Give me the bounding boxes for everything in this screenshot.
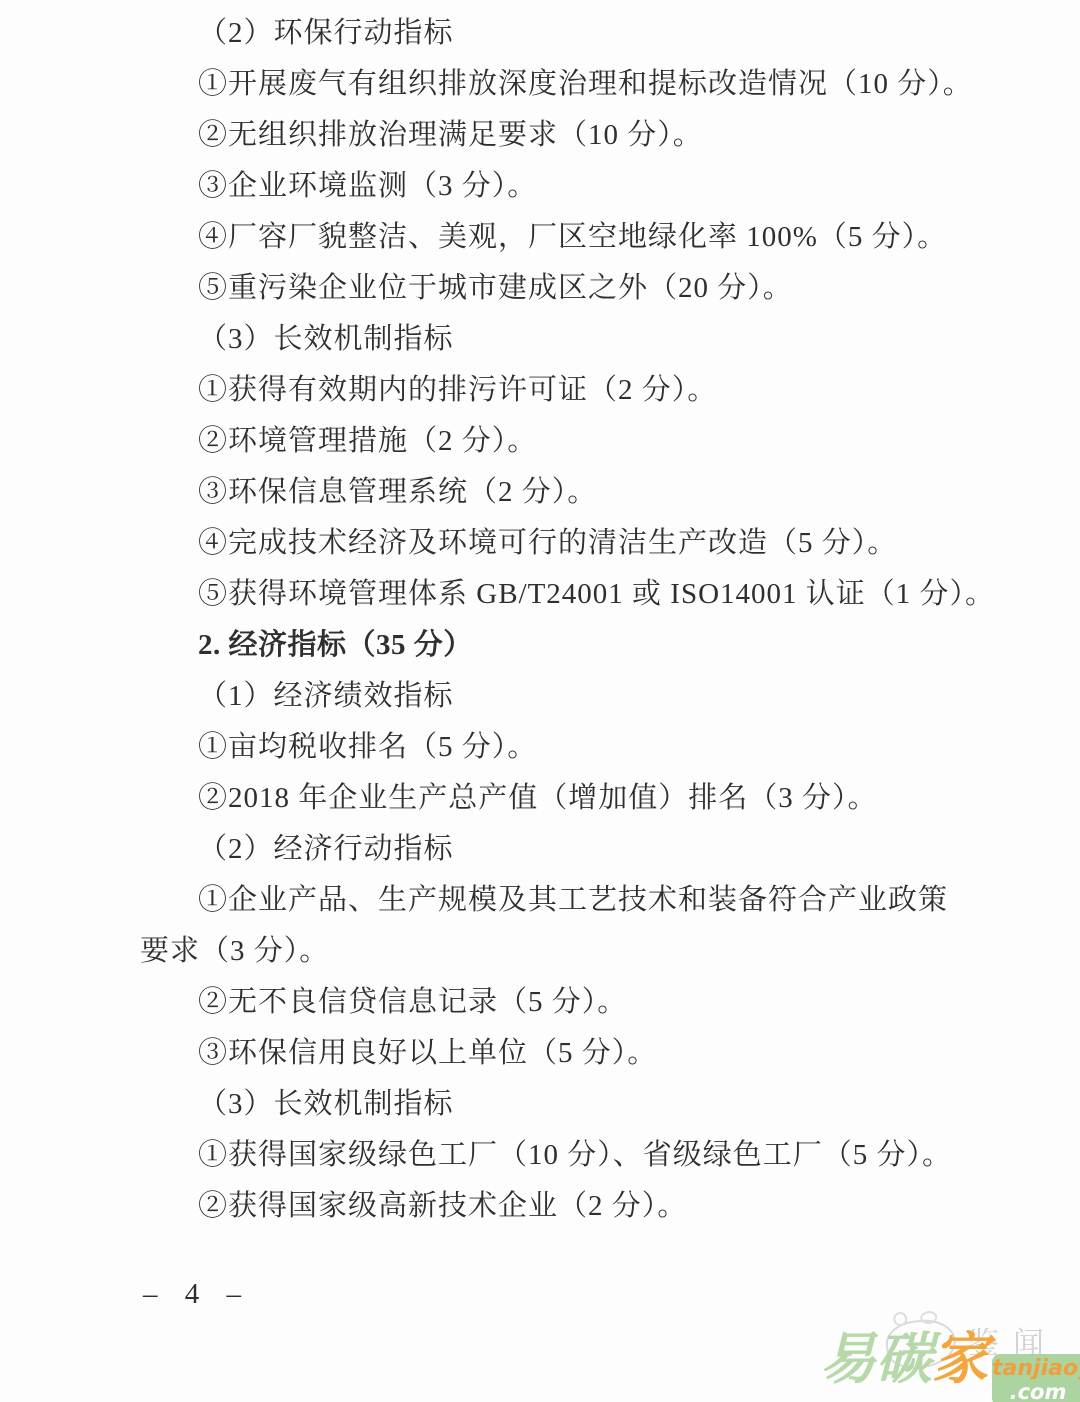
page-number: – 4 – <box>143 1278 251 1311</box>
doc-line: （1）经济绩效指标 <box>140 671 970 722</box>
document-text-block: （2）环保行动指标 ①开展废气有组织排放深度治理和提标改造情况（10 分）。 ②… <box>140 8 970 1232</box>
doc-line: ③环保信用良好以上单位（5 分）。 <box>140 1028 970 1079</box>
doc-heading-economic-indicators: 2. 经济指标（35 分） <box>140 620 970 671</box>
brand-domain-text: tanjiaoyi <box>992 1357 1080 1381</box>
doc-line: ②环境管理措施（2 分）。 <box>140 416 970 467</box>
doc-line: ⑤重污染企业位于城市建成区之外（20 分）。 <box>140 263 970 314</box>
brand-text-orange: 家 <box>932 1327 988 1392</box>
doc-line: ①亩均税收排名（5 分）。 <box>140 722 970 773</box>
brand-text-green: 易碳 <box>820 1327 932 1392</box>
brand-tld-text: .com <box>992 1381 1080 1402</box>
doc-line: ②无不良信贷信息记录（5 分）。 <box>140 977 970 1028</box>
doc-line: （2）环保行动指标 <box>140 8 970 59</box>
doc-line: ②无组织排放治理满足要求（10 分）。 <box>140 110 970 161</box>
doc-line: ①获得有效期内的排污许可证（2 分）。 <box>140 365 970 416</box>
doc-line: ①获得国家级绿色工厂（10 分）、省级绿色工厂（5 分）。 <box>140 1130 970 1181</box>
doc-line: ①开展废气有组织排放深度治理和提标改造情况（10 分）。 <box>140 59 970 110</box>
doc-line: ②2018 年企业生产总产值（增加值）排名（3 分）。 <box>140 773 970 824</box>
brand-text: 易碳家 <box>820 1332 988 1388</box>
document-page: （2）环保行动指标 ①开展废气有组织排放深度治理和提标改造情况（10 分）。 ②… <box>0 0 1080 1402</box>
brand-domain-badge: tanjiaoyi .com <box>992 1354 1080 1402</box>
doc-line: ①企业产品、生产规模及其工艺技术和装备符合产业政策 <box>140 875 970 926</box>
doc-line: ⑤获得环境管理体系 GB/T24001 或 ISO14001 认证（1 分）。 <box>140 569 970 620</box>
doc-line: ④厂容厂貌整洁、美观，厂区空地绿化率 100%（5 分）。 <box>140 212 970 263</box>
doc-line: （3）长效机制指标 <box>140 314 970 365</box>
doc-line: ④完成技术经济及环境可行的清洁生产改造（5 分）。 <box>140 518 970 569</box>
doc-line: ③环保信息管理系统（2 分）。 <box>140 467 970 518</box>
doc-line: （3）长效机制指标 <box>140 1079 970 1130</box>
doc-line-continuation: 要求（3 分）。 <box>140 926 970 977</box>
doc-line: （2）经济行动指标 <box>140 824 970 875</box>
watermark-logo: 鉴闻 易碳家 tanjiaoyi .com <box>820 1312 1080 1402</box>
doc-line: ③企业环境监测（3 分）。 <box>140 161 970 212</box>
doc-line: ②获得国家级高新技术企业（2 分）。 <box>140 1181 970 1232</box>
